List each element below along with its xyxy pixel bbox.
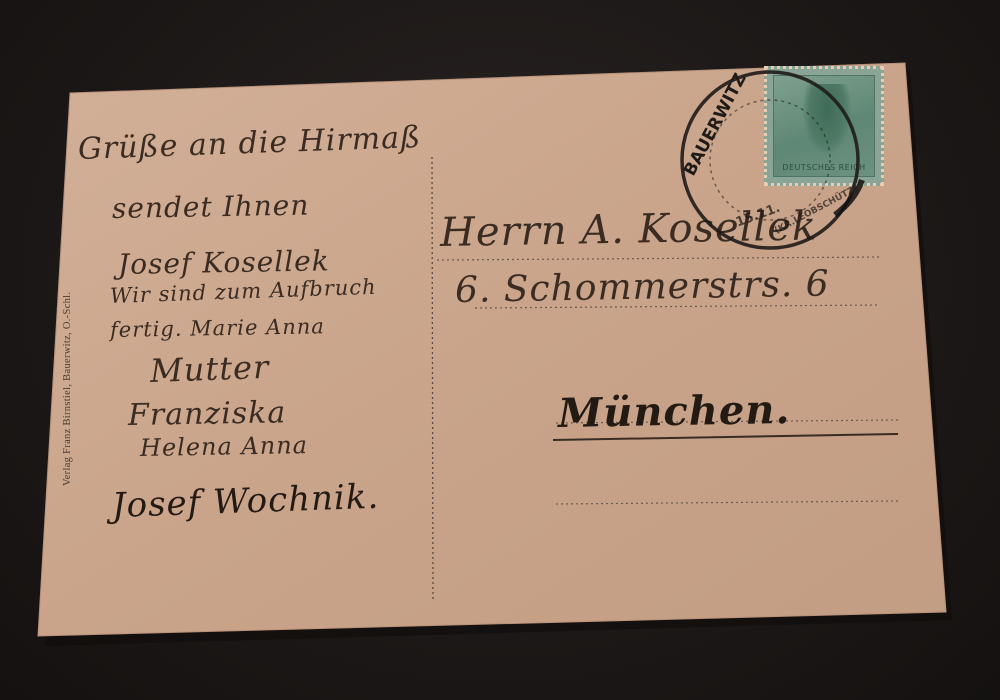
message-line: Franziska — [128, 395, 287, 433]
address-city: München. — [558, 386, 791, 437]
germania-figure-icon — [802, 84, 852, 156]
stamp-design: DEUTSCHES REICH — [773, 75, 875, 177]
postage-stamp: DEUTSCHES REICH — [764, 66, 884, 186]
address-street: 6. Schommerstrs. 6 — [455, 263, 830, 311]
message-line: fertig. Marie Anna — [110, 314, 325, 342]
message-line: Josef Kosellek — [118, 244, 330, 281]
message-line: sendet Ihnen — [112, 189, 310, 225]
stamp-country: DEUTSCHES REICH — [774, 163, 874, 172]
publisher-imprint: Verlag Franz Birnstiel, Bauerwitz, O.-Sc… — [62, 292, 73, 486]
message-line: Mutter — [149, 348, 270, 390]
postcard: Verlag Franz Birnstiel, Bauerwitz, O.-Sc… — [0, 0, 1000, 700]
message-line: Helena Anna — [140, 431, 308, 462]
